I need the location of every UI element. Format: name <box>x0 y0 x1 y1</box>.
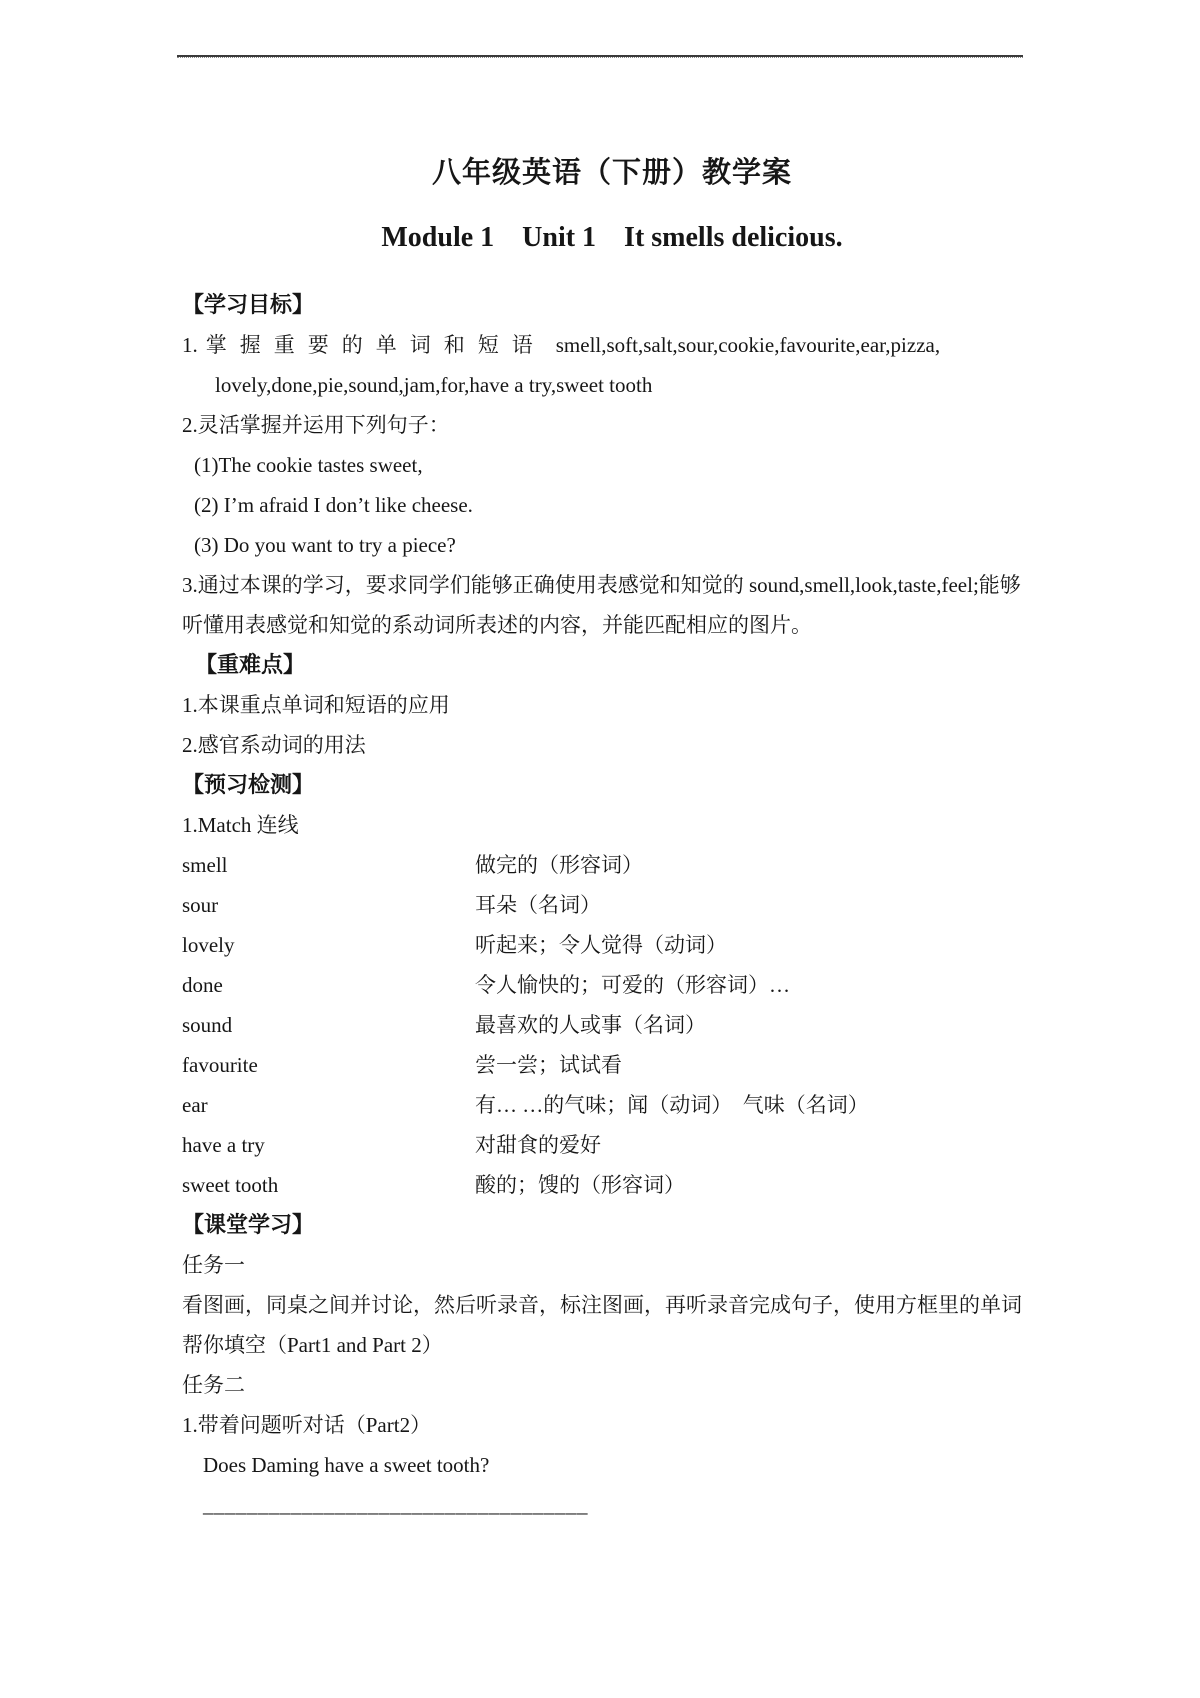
match-row: favourite尝一尝；试试看 <box>182 1045 1042 1085</box>
match-definition: 有… …的气味；闻（动词） 气味（名词） <box>475 1085 1042 1125</box>
task-2-instruction: 1.带着问题听对话（Part2） <box>182 1405 1042 1445</box>
match-definition: 做完的（形容词） <box>475 845 1042 885</box>
match-word: favourite <box>182 1045 475 1085</box>
match-word: smell <box>182 845 475 885</box>
listening-question: Does Daming have a sweet tooth? <box>182 1445 1042 1485</box>
objective-1-cjk: 掌握重要的单词和短语 <box>206 333 546 357</box>
section-heading-classroom: 【课堂学习】 <box>182 1205 1042 1245</box>
match-row: done令人愉快的；可爱的（形容词）… <box>182 965 1042 1005</box>
objective-1-number: 1. <box>182 333 198 357</box>
objective-1-wordlist: smell,soft,salt,sour,cookie,favourite,ea… <box>556 333 940 357</box>
objective-1-wordlist-wrap: lovely,done,pie,sound,jam,for,have a try… <box>182 365 1042 405</box>
match-word: ear <box>182 1085 475 1125</box>
match-word: sound <box>182 1005 475 1045</box>
match-word: done <box>182 965 475 1005</box>
objective-item-3-line-1: 3.通过本课的学习，要求同学们能够正确使用表感觉和知觉的 sound,smell… <box>182 565 1042 605</box>
lesson-subtitle: Module 1 Unit 1 It smells delicious. <box>182 222 1042 254</box>
match-word: have a try <box>182 1125 475 1165</box>
match-row: sound最喜欢的人或事（名词） <box>182 1005 1042 1045</box>
match-definition: 对甜食的爱好 <box>475 1125 1042 1165</box>
match-row: sour耳朵（名词） <box>182 885 1042 925</box>
section-heading-key-points: 【重难点】 <box>182 645 1042 685</box>
match-definition: 耳朵（名词） <box>475 885 1042 925</box>
match-row: lovely听起来；令人觉得（动词） <box>182 925 1042 965</box>
match-definition: 酸的；馊的（形容词） <box>475 1165 1042 1205</box>
match-exercise-title: 1.Match 连线 <box>182 805 1042 845</box>
document-content: 八年级英语（下册）教学案 Module 1 Unit 1 It smells d… <box>182 0 1042 1525</box>
task-1-label: 任务一 <box>182 1245 1042 1285</box>
sentence-1: (1)The cookie tastes sweet, <box>182 445 1042 485</box>
match-row: have a try对甜食的爱好 <box>182 1125 1042 1165</box>
page-title: 八年级英语（下册）教学案 <box>182 156 1042 190</box>
sentence-3: (3) Do you want to try a piece? <box>182 525 1042 565</box>
objective-item-1: 1.掌握重要的单词和短语smell,soft,salt,sour,cookie,… <box>182 325 1042 365</box>
task-2-label: 任务二 <box>182 1365 1042 1405</box>
section-heading-objectives: 【学习目标】 <box>182 285 1042 325</box>
match-word: sweet tooth <box>182 1165 475 1205</box>
task-1-instruction-line-2: 帮你填空（Part1 and Part 2） <box>182 1325 1042 1365</box>
match-word: lovely <box>182 925 475 965</box>
match-definition: 令人愉快的；可爱的（形容词）… <box>475 965 1042 1005</box>
document-page: 八年级英语（下册）教学案 Module 1 Unit 1 It smells d… <box>0 0 1200 1698</box>
key-point-2: 2.感官系动词的用法 <box>182 725 1042 765</box>
match-row: ear有… …的气味；闻（动词） 气味（名词） <box>182 1085 1042 1125</box>
match-word: sour <box>182 885 475 925</box>
task-1-instruction-line-1: 看图画，同桌之间并讨论，然后听录音，标注图画，再听录音完成句子，使用方框里的单词 <box>182 1285 1042 1325</box>
objective-item-2: 2.灵活掌握并运用下列句子： <box>182 405 1042 445</box>
answer-blank-line: ___________________________________ <box>182 1485 1042 1525</box>
match-definition: 最喜欢的人或事（名词） <box>475 1005 1042 1045</box>
section-heading-preview-check: 【预习检测】 <box>182 765 1042 805</box>
sentence-2: (2) I’m afraid I don’t like cheese. <box>182 485 1042 525</box>
objective-item-3-line-2: 听懂用表感觉和知觉的系动词所表述的内容，并能匹配相应的图片。 <box>182 605 1042 645</box>
match-row: smell做完的（形容词） <box>182 845 1042 885</box>
match-row: sweet tooth酸的；馊的（形容词） <box>182 1165 1042 1205</box>
key-point-1: 1.本课重点单词和短语的应用 <box>182 685 1042 725</box>
match-definition: 尝一尝；试试看 <box>475 1045 1042 1085</box>
match-definition: 听起来；令人觉得（动词） <box>475 925 1042 965</box>
